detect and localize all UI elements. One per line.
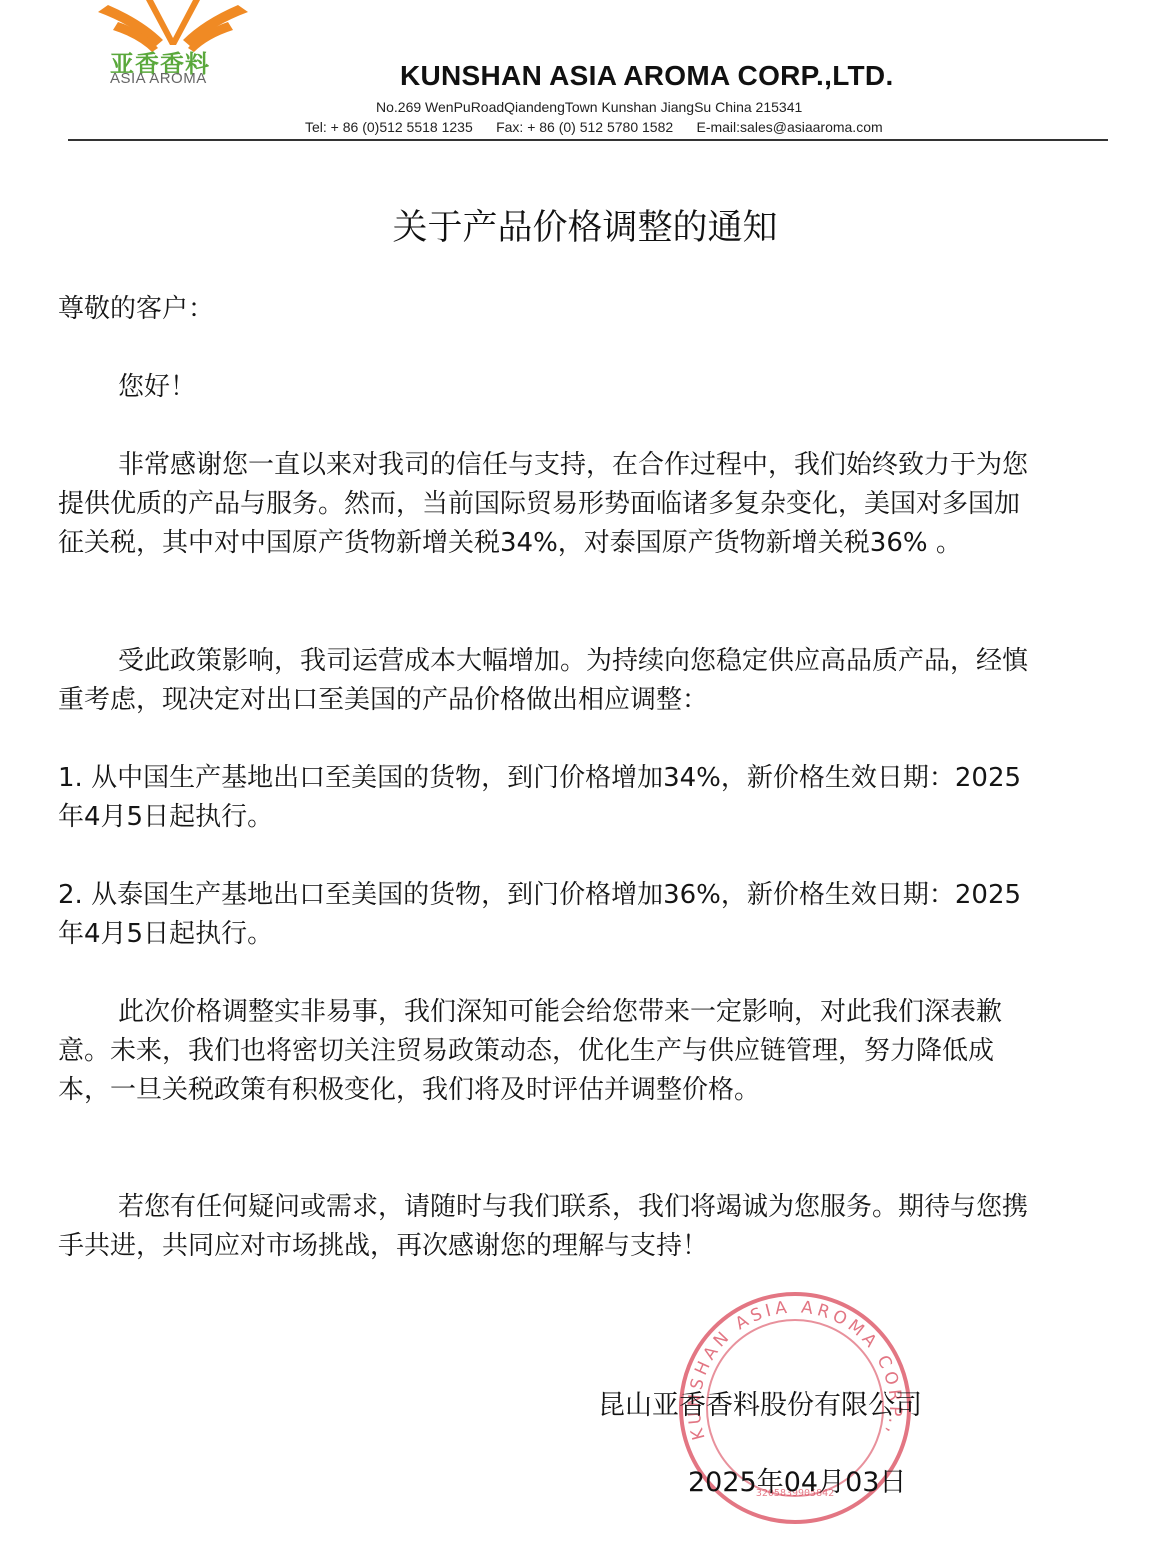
list-item-2: 2. 从泰国生产基地出口至美国的货物，到门价格增加36%，新价格生效日期：202… [58, 876, 1038, 954]
greeting: 您好！ [58, 368, 1038, 407]
company-contact: Tel: + 86 (0)512 5518 1235 Fax: + 86 (0)… [305, 119, 883, 135]
letterhead-divider [68, 139, 1108, 141]
signature-company: 昆山亚香香料股份有限公司 [598, 1383, 922, 1422]
paragraph-2: 受此政策影响，我司运营成本大幅增加。为持续向您稳定供应高品质产品，经慎重考虑，现… [58, 642, 1038, 720]
document-title: 关于产品价格调整的通知 [0, 200, 1170, 250]
salutation: 尊敬的客户： [58, 290, 1038, 329]
paragraph-1: 非常感谢您一直以来对我司的信任与支持，在合作过程中，我们始终致力于为您提供优质的… [58, 446, 1038, 563]
logo-english-text: ASIA AROMA [110, 70, 207, 87]
signature-date: 2025年04月03日 [688, 1460, 906, 1499]
paragraph-4: 若您有任何疑问或需求，请随时与我们联系，我们将竭诚为您服务。期待与您携手共进，共… [58, 1188, 1038, 1266]
paragraph-3: 此次价格调整实非易事，我们深知可能会给您带来一定影响，对此我们深表歉意。未来，我… [58, 993, 1038, 1110]
company-name: KUNSHAN ASIA AROMA CORP.,LTD. [400, 60, 894, 92]
company-address: No.269 WenPuRoadQiandengTown Kunshan Jia… [376, 99, 802, 115]
list-item-1: 1. 从中国生产基地出口至美国的货物，到门价格增加34%，新价格生效日期：202… [58, 759, 1038, 837]
